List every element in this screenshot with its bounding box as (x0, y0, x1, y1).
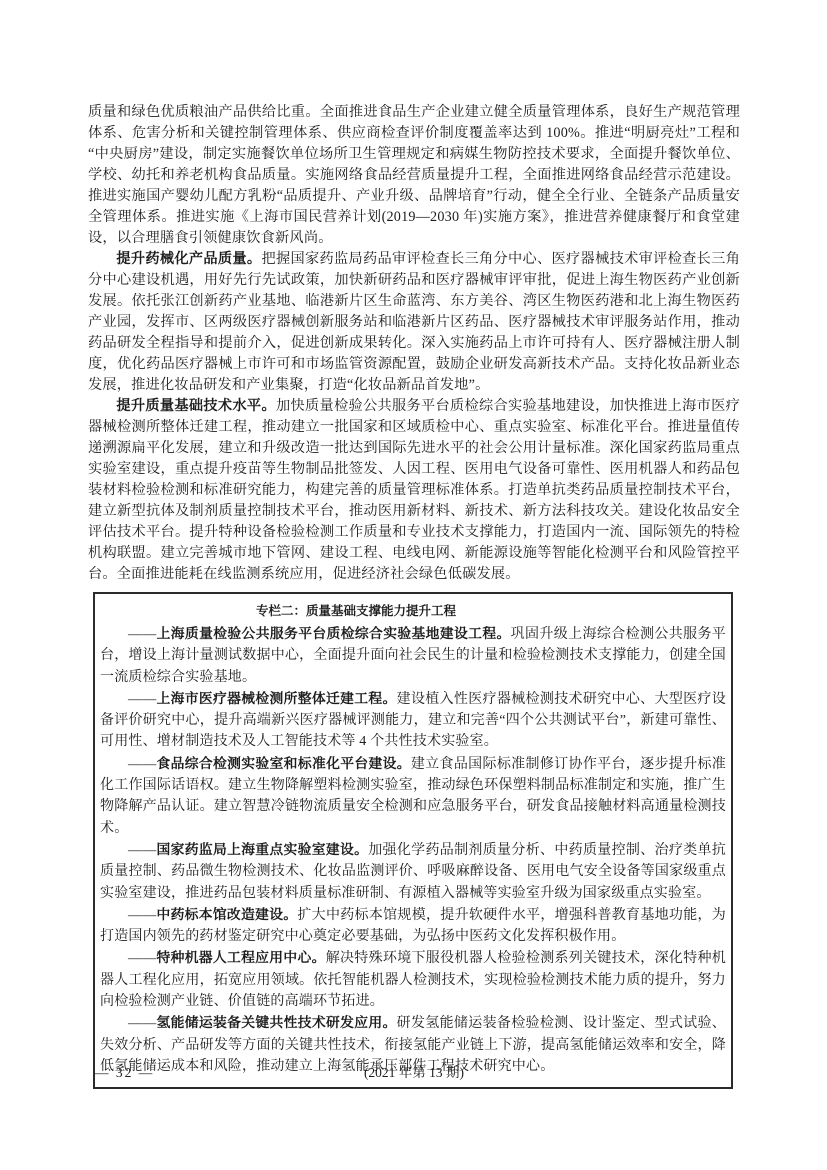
item-dash: —— (128, 757, 156, 772)
page-body: 质量和绿色优质粮油产品供给比重。全面推进食品生产企业建立健全质量管理体系，良好生… (88, 102, 740, 1089)
page-footer: — 32 — (2021 年第 13 期) (88, 1064, 740, 1082)
item-lead: 中药标本馆改造建设。 (156, 907, 297, 922)
item-lead: 国家药监局上海重点实验室建设。 (156, 842, 368, 857)
item-dash: —— (128, 692, 156, 707)
box-item: ——食品综合检测实验室和标准化平台建设。建立食品国际标准制修订协作平台，逐步提升… (100, 753, 726, 839)
issue-label: (2021 年第 13 期) (88, 1064, 740, 1082)
column-box: 专栏二：质量基础支撑能力提升工程 ——上海质量检验公共服务平台质检综合实验基地建… (93, 592, 733, 1089)
paragraph-lead: 提升质量基础技术水平。 (116, 398, 276, 414)
item-lead: 氢能储运装备关键共性技术研发应用。 (156, 1015, 396, 1030)
item-lead: 上海市医疗器械检测所整体迁建工程。 (156, 691, 396, 706)
paragraph-text: 质量和绿色优质粮油产品供给比重。全面推进食品生产企业建立健全质量管理体系，良好生… (88, 104, 740, 246)
box-item: ——上海质量检验公共服务平台质检综合实验基地建设工程。巩固升级上海综合检测公共服… (100, 623, 726, 688)
item-lead: 特种机器人工程应用中心。 (156, 950, 325, 965)
box-item: ——特种机器人工程应用中心。解决特殊环境下服役机器人检验检测系列关键技术，深化特… (100, 947, 726, 1012)
item-dash: —— (128, 843, 156, 858)
item-dash: —— (128, 908, 156, 923)
paragraph-text: 把握国家药监局药品审评检查长三角分中心、医疗器械技术审评检查长三角分中心建设机遇… (88, 251, 740, 393)
page-number: — 32 — (95, 1064, 154, 1082)
item-dash: —— (128, 1016, 156, 1031)
item-dash: —— (128, 627, 156, 642)
paragraph: 质量和绿色优质粮油产品供给比重。全面推进食品生产企业建立健全质量管理体系，良好生… (88, 102, 740, 249)
item-dash: —— (128, 951, 156, 966)
paragraph: 提升药械化产品质量。把握国家药监局药品审评检查长三角分中心、医疗器械技术审评检查… (88, 249, 740, 396)
paragraph: 提升质量基础技术水平。加快质量检验公共服务平台质检综合实验基地建设，加快推进上海… (88, 396, 740, 585)
column-box-title: 专栏二：质量基础支撑能力提升工程 (43, 601, 669, 621)
box-item: ——国家药监局上海重点实验室建设。加强化学药品制剂质量分析、中药质量控制、治疗类… (100, 839, 726, 904)
paragraph-lead: 提升药械化产品质量。 (116, 251, 261, 267)
box-item: ——上海市医疗器械检测所整体迁建工程。建设植入性医疗器械检测技术研究中心、大型医… (100, 688, 726, 753)
item-lead: 上海质量检验公共服务平台质检综合实验基地建设工程。 (156, 626, 510, 641)
paragraph-text: 加快质量检验公共服务平台质检综合实验基地建设，加快推进上海市医疗器械检测所整体迁… (88, 398, 740, 582)
box-item: ——中药标本馆改造建设。扩大中药标本馆规模，提升软硬件水平，增强科普教育基地功能… (100, 904, 726, 948)
item-lead: 食品综合检测实验室和标准化平台建设。 (156, 756, 410, 771)
